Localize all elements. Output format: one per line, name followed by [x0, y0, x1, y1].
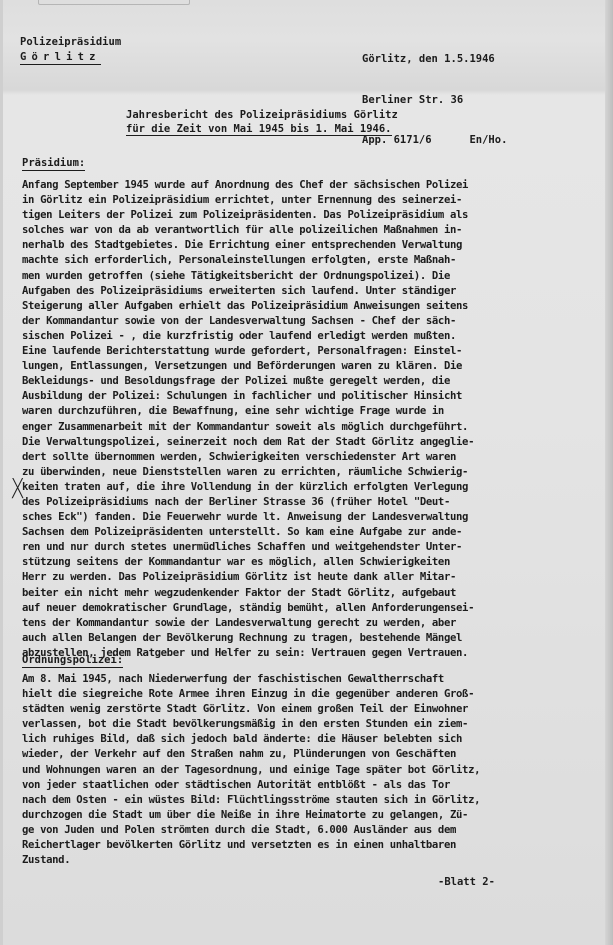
text-line: der Kommandantur sowie von der Landesver… — [22, 314, 582, 329]
section-body-praesidium: Anfang September 1945 wurde auf Anordnun… — [22, 178, 582, 661]
text-line: städten wenig zerstörte Stadt Görlitz. V… — [22, 702, 582, 717]
text-line: sches Eck") fanden. Die Feuerwehr wurde … — [22, 510, 582, 525]
text-line: tens der Kommandantur sowie der Landesve… — [22, 616, 582, 631]
text-line: enger Zusammenarbeit mit der Kommandantu… — [22, 420, 582, 435]
text-line: lungen, Entlassungen, Versetzungen und B… — [22, 359, 582, 374]
sender-city: Görlitz — [20, 51, 101, 65]
text-line: Am 8. Mai 1945, nach Niederwerfung der f… — [22, 672, 582, 687]
text-line: und Wohnungen waren an der Tagesordnung,… — [22, 763, 582, 778]
title-line-2: für die Zeit von Mai 1945 bis 1. Mai 194… — [126, 123, 392, 136]
text-line: Sachsen dem Polizeipräsidenten unterstel… — [22, 525, 582, 540]
title-line-1: Jahresbericht des Polizeipräsidiums Görl… — [126, 108, 398, 122]
text-line: von jeder staatlichen oder städtischen A… — [22, 778, 582, 793]
page-edge-right — [605, 0, 613, 945]
text-line: Reichertlager bevölkerten Görlitz und ve… — [22, 838, 582, 853]
report-title: Jahresbericht des Polizeipräsidiums Görl… — [126, 108, 398, 136]
margin-mark: X — [10, 474, 24, 504]
text-line: Anfang September 1945 wurde auf Anordnun… — [22, 178, 582, 193]
text-line: men wurden getroffen (siehe Tätigkeitsbe… — [22, 269, 582, 284]
text-line: Eine laufende Berichterstattung wurde ge… — [22, 344, 582, 359]
text-line: dert sollte übernommen werden, Schwierig… — [22, 450, 582, 465]
text-line: tigen Leiters der Polizei zum Polizeiprä… — [22, 208, 582, 223]
text-line: Ausbildung der Polizei: Schulungen in fa… — [22, 389, 582, 404]
text-line: auf neuer demokratischer Grundlage, stän… — [22, 601, 582, 616]
text-line: nerhalb des Stadtgebietes. Die Errichtun… — [22, 238, 582, 253]
text-line: ren und nur durch stetes unermüdliches S… — [22, 540, 582, 555]
text-line: Aufgaben des Polizeipräsidiums erweitert… — [22, 284, 582, 299]
text-line: in Görlitz ein Polizeipräsidium errichte… — [22, 193, 582, 208]
text-line: Die Verwaltungspolizei, seinerzeit noch … — [22, 435, 582, 450]
text-line: wieder, der Verkehr auf den Straßen nahm… — [22, 747, 582, 762]
text-line: machte sich erforderlich, Personaleinste… — [22, 253, 582, 268]
text-line: waren durchzuführen, die Bewaffnung, ein… — [22, 404, 582, 419]
text-line: beiter ein nicht mehr wegzudenkender Fak… — [22, 586, 582, 601]
section-body-ordnungspolizei: Am 8. Mai 1945, nach Niederwerfung der f… — [22, 672, 582, 868]
text-line: zu überwinden, neue Dienststellen waren … — [22, 465, 582, 480]
text-line: solches war von da ab verantwortlich für… — [22, 223, 582, 238]
document-page: Polizeipräsidium Görlitz Görlitz, den 1.… — [0, 0, 613, 945]
text-line: auch allen Belangen der Bevölkerung Rech… — [22, 631, 582, 646]
text-line: des Polizeipräsidiums nach der Berliner … — [22, 495, 582, 510]
text-line: Steigerung aller Aufgaben erhielt das Po… — [22, 299, 582, 314]
section-heading-ordnungspolizei: Ordnungspolizei: — [22, 654, 123, 668]
text-line: durchzogen die Stadt um über die Neiße i… — [22, 808, 582, 823]
sender-block: Polizeipräsidium Görlitz — [20, 35, 121, 65]
address-line: Berliner Str. 36 — [362, 94, 507, 108]
date-address-block: Görlitz, den 1.5.1946 Berliner Str. 36 A… — [362, 26, 507, 175]
text-line: Bekleidungs- und Besoldungsfrage der Pol… — [22, 374, 582, 389]
sender-line-1: Polizeipräsidium — [20, 35, 121, 50]
text-line: hielt die siegreiche Rote Armee ihren Ei… — [22, 687, 582, 702]
paper-fold-strip — [38, 0, 190, 5]
text-line: sischen Polizei - , die kurzfristig oder… — [22, 329, 582, 344]
text-line: ge von Juden und Polen strömten durch di… — [22, 823, 582, 838]
text-line: lich ruhiges Bild, daß sich jedoch bald … — [22, 732, 582, 747]
date-line: Görlitz, den 1.5.1946 — [362, 53, 507, 67]
text-line: verlassen, bot die Stadt bevölkerungsmäß… — [22, 717, 582, 732]
page-edge-left — [0, 0, 3, 945]
text-line: nach dem Osten - ein wüstes Bild: Flücht… — [22, 793, 582, 808]
text-line: stützung seitens der Kommandantur war es… — [22, 555, 582, 570]
text-line: Zustand. — [22, 853, 582, 868]
text-line: Herr zu werden. Das Polizeipräsidium Gör… — [22, 570, 582, 585]
section-heading-praesidium: Präsidium: — [22, 157, 85, 171]
reference-line: App. 6171/6 En/Ho. — [362, 134, 507, 148]
text-line: keiten traten auf, die ihre Vollendung i… — [22, 480, 582, 495]
page-footer: -Blatt 2- — [438, 876, 495, 888]
